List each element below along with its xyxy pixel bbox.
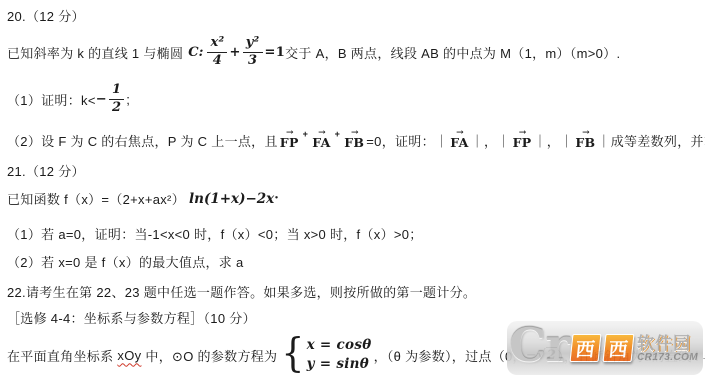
q22-body-mid: 中，⊙O 的参数方程为 <box>145 346 277 365</box>
vector-label: FP <box>513 137 532 150</box>
q22-body-after-brace: ，（θ 为参数），过点（0， <box>374 346 526 365</box>
q21-fn-math: ln(1+x)−2x <box>189 191 274 207</box>
vector-fp: → FP <box>513 130 532 150</box>
q21-header-text: 21.（12 分） <box>7 161 85 180</box>
q20-header: 20.（12 分） <box>7 6 85 25</box>
fraction-denominator: 4 <box>213 53 222 68</box>
fraction-numerator: x² <box>207 36 227 52</box>
xixi-software-watermark-logo: Cr 西 西 软件园 CR173.COM <box>507 321 703 375</box>
parametric-system: { x = cosθ y = sinθ <box>279 337 371 373</box>
vector-fb: → FB <box>575 130 595 150</box>
q21-fn-post: · <box>274 191 279 206</box>
fraction-denominator: 3 <box>248 53 257 68</box>
q21-part2-line: （2）若 x=0 是 f（x）的最大值点，求 a <box>7 252 244 271</box>
q21-part2-text: （2）若 x=0 是 f（x）的最大值点，求 a <box>7 252 244 271</box>
vector-fb: → FB <box>344 130 364 150</box>
q22-instruction-line: 22.请考生在第 22、23 题中任选一题作答。如果多选，则按所做的第一题计分。 <box>7 282 476 301</box>
left-brace: { <box>281 336 304 372</box>
q20-part1-pre: （1）证明：k< <box>7 90 96 109</box>
vector-label: FA <box>312 137 330 150</box>
plus-sign: + <box>229 45 240 60</box>
q22-elective-title-text: ［选修 4-4：坐标系与参数方程］（10 分） <box>7 308 256 327</box>
fraction-x2-over-4: x² 4 <box>207 36 227 68</box>
fraction-numerator: y² <box>243 36 263 52</box>
parametric-equations: x = cosθ y = sinθ <box>307 337 372 373</box>
q20-header-text: 20.（12 分） <box>7 6 85 25</box>
fraction-denominator: 2 <box>112 100 121 115</box>
q21-part1-line: （1）若 a=0，证明：当-1<x<0 时，f（x）<0；当 x>0 时，f（x… <box>7 224 423 243</box>
ellipse-curve-label: C: <box>188 45 203 60</box>
xi-tile-icon: 西 <box>569 334 601 362</box>
plus-sign: + <box>303 128 309 139</box>
vector-label: FB <box>344 137 364 150</box>
xi-tile-icon: 西 <box>602 334 634 362</box>
q20-part2-mid: =0，证明：｜ <box>366 131 448 150</box>
cr-logo-glyph: Cr <box>509 325 570 366</box>
equals-one: =1 <box>265 45 286 60</box>
q20-part1-line: （1）证明：k< − 1 2 ; <box>7 80 130 118</box>
watermark-site-name: 软件园 <box>637 335 691 353</box>
bar-separator: ｜，｜ <box>533 131 573 150</box>
minus-sign: − <box>96 92 107 107</box>
vector-fa: → FA <box>450 130 468 150</box>
q20-part2-line: （2）设 F 为 C 的右焦点，P 为 C 上一点，且 → FP + → FA … <box>7 128 705 152</box>
q21-part1-text: （1）若 a=0，证明：当-1<x<0 时，f（x）<0；当 x>0 时，f（x… <box>7 224 423 243</box>
q20-part1-post: ; <box>126 92 130 107</box>
vector-label: FB <box>575 137 595 150</box>
q21-function-line: 已知函数 f（x）=（2+x+ax²） ln(1+x)−2x · <box>7 189 279 208</box>
q20-intro-line: 已知斜率为 k 的直线 1 与椭圆 C: x² 4 + y² 3 =1 交于 A… <box>7 29 620 75</box>
vector-fa: → FA <box>312 130 330 150</box>
vector-label: FP <box>280 137 299 150</box>
bar-separator: ｜，｜ <box>471 131 511 150</box>
fraction-numerator: 1 <box>109 83 124 99</box>
q21-header: 21.（12 分） <box>7 161 85 180</box>
parametric-eq-y: y = sinθ <box>307 356 372 373</box>
q20-part2-post: ｜成等差数列，并求该数列的公差. <box>597 131 705 150</box>
document-page: 20.（12 分） 已知斜率为 k 的直线 1 与椭圆 C: x² 4 + y²… <box>0 0 705 379</box>
q20-part2-pre: （2）设 F 为 C 的右焦点，P 为 C 上一点，且 <box>7 131 278 150</box>
fraction-one-half: 1 2 <box>109 83 124 115</box>
plus-sign: + <box>335 128 341 139</box>
xoy-label: xOy <box>117 348 141 363</box>
vector-label: FA <box>450 137 468 150</box>
q21-fn-pre: 已知函数 f（x）=（2+x+ax²） <box>7 189 185 208</box>
vector-fp: → FP <box>280 130 299 150</box>
fraction-y2-over-3: y² 3 <box>243 36 263 68</box>
q22-elective-title-line: ［选修 4-4：坐标系与参数方程］（10 分） <box>7 308 256 327</box>
parametric-eq-x: x = cosθ <box>307 337 372 354</box>
q22-instruction-text: 22.请考生在第 22、23 题中任选一题作答。如果多选，则按所做的第一题计分。 <box>7 282 476 301</box>
watermark-text-block: 软件园 CR173.COM <box>637 335 698 364</box>
q20-intro-pre: 已知斜率为 k 的直线 1 与椭圆 <box>7 43 183 62</box>
watermark-domain: CR173.COM <box>637 352 698 363</box>
q20-intro-post: 交于 A，B 两点，线段 AB 的中点为 M（1，m）（m>0）. <box>285 43 620 62</box>
q22-body-pre: 在平面直角坐标系 <box>7 346 113 365</box>
